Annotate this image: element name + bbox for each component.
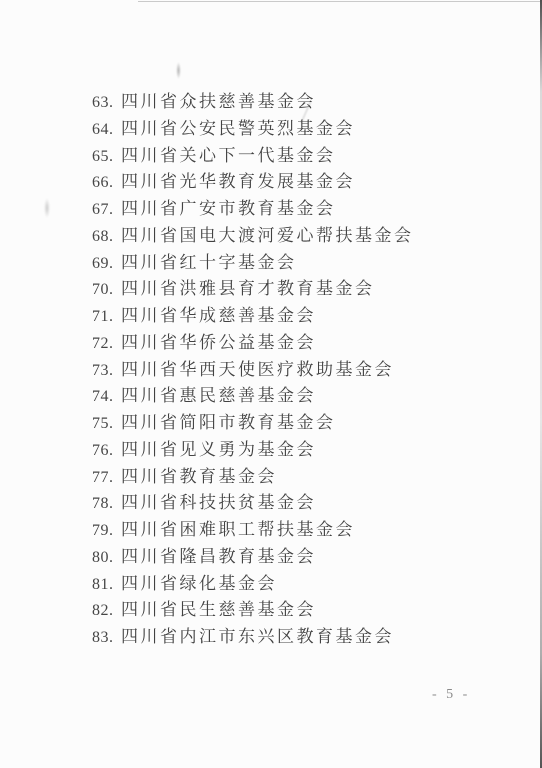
item-text: 四川省内江市东兴区教育基金会	[121, 624, 394, 651]
item-text: 四川省国电大渡河爱心帮扶基金会	[121, 223, 414, 250]
item-text: 四川省华侨公益基金会	[121, 330, 316, 357]
item-number: 64.	[92, 117, 121, 144]
item-number: 70.	[92, 277, 121, 304]
item-text: 四川省广安市教育基金会	[121, 196, 336, 223]
item-text: 四川省科技扶贫基金会	[121, 490, 316, 517]
list-item: 78.四川省科技扶贫基金会	[92, 490, 512, 517]
list-item: 81.四川省绿化基金会	[92, 571, 512, 598]
page-number: - 5 -	[432, 687, 470, 703]
list-item: 75.四川省简阳市教育基金会	[92, 410, 512, 437]
item-number: 68.	[92, 224, 121, 251]
item-text: 四川省困难职工帮扶基金会	[121, 517, 355, 544]
item-text: 四川省华西天使医疗救助基金会	[121, 357, 394, 384]
item-number: 66.	[92, 170, 121, 197]
item-number: 75.	[92, 411, 121, 438]
list-item: 68.四川省国电大渡河爱心帮扶基金会	[92, 223, 512, 250]
item-text: 四川省光华教育发展基金会	[121, 169, 355, 196]
list-item: 76.四川省见义勇为基金会	[92, 437, 512, 464]
item-number: 81.	[92, 572, 121, 599]
item-number: 65.	[92, 144, 121, 171]
item-text: 四川省绿化基金会	[121, 571, 277, 598]
scanned-document-page: 63.四川省众扶慈善基金会 64.四川省公安民警英烈基金会 65.四川省关心下一…	[0, 0, 542, 768]
list-item: 82.四川省民生慈善基金会	[92, 597, 512, 624]
item-number: 76.	[92, 438, 121, 465]
item-text: 四川省众扶慈善基金会	[121, 89, 316, 116]
item-number: 82.	[92, 598, 121, 625]
item-text: 四川省简阳市教育基金会	[121, 410, 336, 437]
item-number: 67.	[92, 197, 121, 224]
list-item: 64.四川省公安民警英烈基金会	[92, 116, 512, 143]
scan-smudge-artifact	[176, 62, 181, 79]
foundation-list: 63.四川省众扶慈善基金会 64.四川省公安民警英烈基金会 65.四川省关心下一…	[92, 89, 512, 651]
item-text: 四川省见义勇为基金会	[121, 437, 316, 464]
scan-smudge-artifact	[44, 198, 50, 218]
list-item: 72.四川省华侨公益基金会	[92, 330, 512, 357]
list-item: 69.四川省红十字基金会	[92, 250, 512, 277]
item-number: 74.	[92, 384, 121, 411]
list-item: 74.四川省惠民慈善基金会	[92, 383, 512, 410]
item-number: 80.	[92, 545, 121, 572]
item-number: 79.	[92, 518, 121, 545]
scan-top-edge-artifact	[138, 1, 542, 2]
item-text: 四川省公安民警英烈基金会	[121, 116, 355, 143]
item-text: 四川省关心下一代基金会	[121, 143, 336, 170]
item-number: 83.	[92, 625, 121, 652]
item-text: 四川省惠民慈善基金会	[121, 383, 316, 410]
item-text: 四川省民生慈善基金会	[121, 597, 316, 624]
list-item: 67.四川省广安市教育基金会	[92, 196, 512, 223]
list-item: 80.四川省隆昌教育基金会	[92, 544, 512, 571]
item-text: 四川省红十字基金会	[121, 250, 297, 277]
item-number: 71.	[92, 304, 121, 331]
item-number: 72.	[92, 331, 121, 358]
list-item: 79.四川省困难职工帮扶基金会	[92, 517, 512, 544]
item-text: 四川省华成慈善基金会	[121, 303, 316, 330]
list-item: 77.四川省教育基金会	[92, 464, 512, 491]
list-item: 70.四川省洪雅县育才教育基金会	[92, 276, 512, 303]
item-text: 四川省洪雅县育才教育基金会	[121, 276, 375, 303]
item-number: 78.	[92, 491, 121, 518]
item-number: 73.	[92, 358, 121, 385]
list-item: 66.四川省光华教育发展基金会	[92, 169, 512, 196]
item-text: 四川省教育基金会	[121, 464, 277, 491]
item-number: 63.	[92, 90, 121, 117]
list-item: 83.四川省内江市东兴区教育基金会	[92, 624, 512, 651]
item-number: 77.	[92, 465, 121, 492]
list-item: 63.四川省众扶慈善基金会	[92, 89, 512, 116]
list-item: 65.四川省关心下一代基金会	[92, 143, 512, 170]
item-number: 69.	[92, 251, 121, 278]
item-text: 四川省隆昌教育基金会	[121, 544, 316, 571]
list-item: 73.四川省华西天使医疗救助基金会	[92, 357, 512, 384]
list-item: 71.四川省华成慈善基金会	[92, 303, 512, 330]
